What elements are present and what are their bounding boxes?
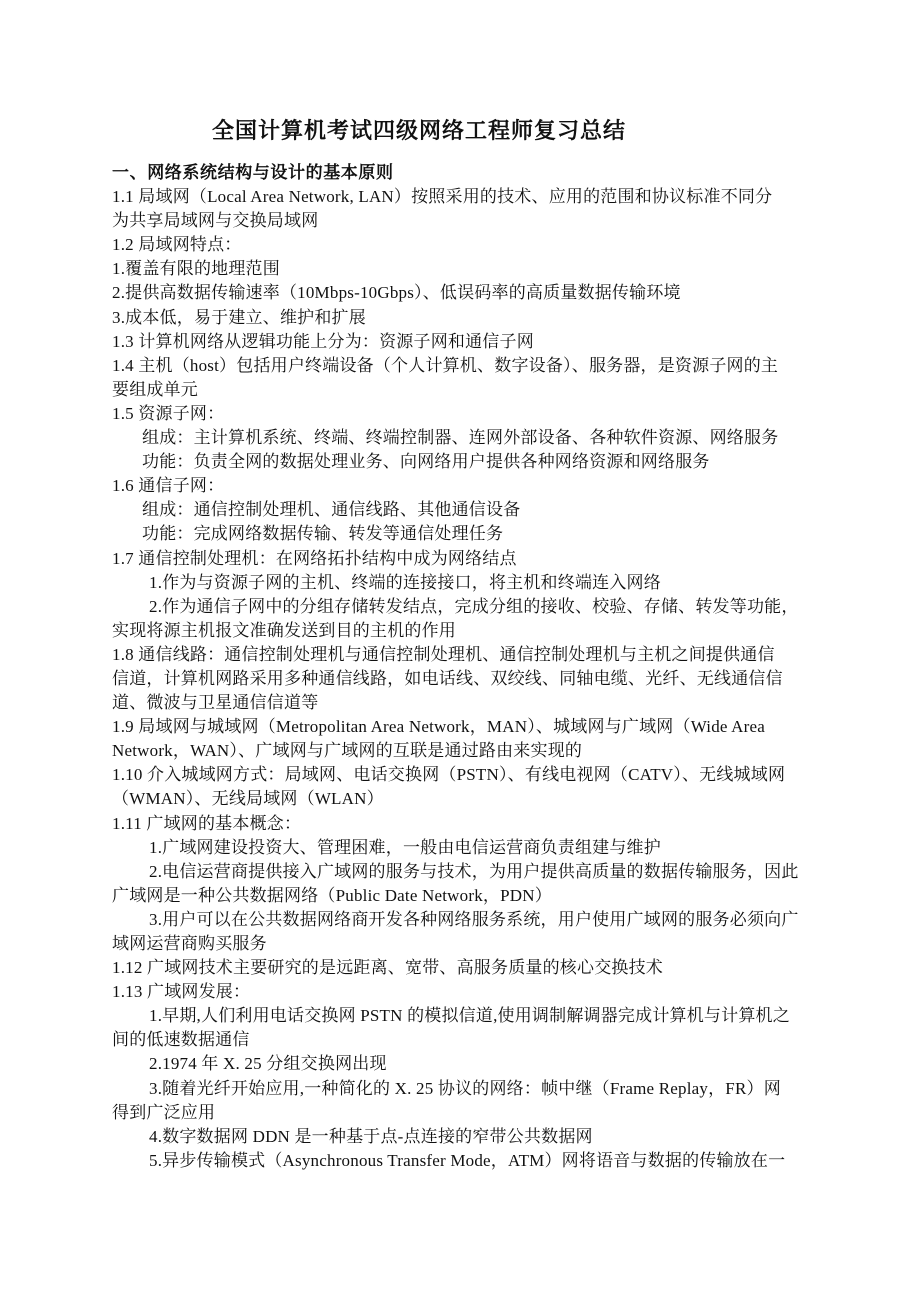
- doc-line: 3.用户可以在公共数据网络商开发各种网络服务系统，用户使用广域网的服务必须向广: [112, 908, 812, 932]
- document-title: 全国计算机考试四级网络工程师复习总结: [112, 114, 808, 145]
- doc-line: 域网运营商购买服务: [112, 932, 812, 956]
- doc-line: 3.成本低，易于建立、维护和扩展: [112, 306, 812, 330]
- document-page: 全国计算机考试四级网络工程师复习总结 一、网络系统结构与设计的基本原则1.1 局…: [0, 0, 920, 1302]
- doc-line: 1.3 计算机网络从逻辑功能上分为：资源子网和通信子网: [112, 330, 812, 354]
- doc-line: 1.广域网建设投资大、管理困难，一般由电信运营商负责组建与维护: [112, 836, 812, 860]
- doc-line: 1.覆盖有限的地理范围: [112, 257, 812, 281]
- doc-line: 间的低速数据通信: [112, 1028, 812, 1052]
- doc-line: 道、微波与卫星通信信道等: [112, 691, 812, 715]
- doc-line: 广域网是一种公共数据网络（Public Date Network，PDN）: [112, 884, 812, 908]
- doc-line: 3.随着光纤开始应用,一种简化的 X. 25 协议的网络：帧中继（Frame R…: [112, 1077, 812, 1101]
- doc-line: 1.7 通信控制处理机：在网络拓扑结构中成为网络结点: [112, 547, 812, 571]
- doc-line: 2.作为通信子网中的分组存储转发结点，完成分组的接收、校验、存储、转发等功能，: [112, 595, 812, 619]
- doc-line: 功能：负责全网的数据处理业务、向网络用户提供各种网络资源和网络服务: [112, 450, 812, 474]
- doc-line: 1.4 主机（host）包括用户终端设备（个人计算机、数字设备）、服务器，是资源…: [112, 354, 812, 378]
- doc-line: 1.6 通信子网：: [112, 474, 812, 498]
- doc-line: 得到广泛应用: [112, 1101, 812, 1125]
- doc-line: 信道，计算机网路采用多种通信线路，如电话线、双绞线、同轴电缆、光纤、无线通信信: [112, 667, 812, 691]
- doc-line: 1.1 局域网（Local Area Network, LAN）按照采用的技术、…: [112, 185, 812, 209]
- doc-line: 1.8 通信线路：通信控制处理机与通信控制处理机、通信控制处理机与主机之间提供通…: [112, 643, 812, 667]
- doc-line: （WMAN）、无线局域网（WLAN）: [112, 787, 812, 811]
- doc-line: 要组成单元: [112, 378, 812, 402]
- doc-line: 实现将源主机报文准确发送到目的主机的作用: [112, 619, 812, 643]
- doc-line: 1.10 介入城域网方式：局域网、电话交换网（PSTN）、有线电视网（CATV）…: [112, 763, 812, 787]
- doc-line: 2.1974 年 X. 25 分组交换网出现: [112, 1052, 812, 1076]
- doc-line: 功能：完成网络数据传输、转发等通信处理任务: [112, 522, 812, 546]
- doc-line: 5.异步传输模式（Asynchronous Transfer Mode，ATM）…: [112, 1149, 812, 1173]
- doc-line: 组成：通信控制处理机、通信线路、其他通信设备: [112, 498, 812, 522]
- doc-line: 为共享局域网与交换局域网: [112, 209, 812, 233]
- doc-line: 4.数字数据网 DDN 是一种基于点-点连接的窄带公共数据网: [112, 1125, 812, 1149]
- doc-line: 1.13 广域网发展：: [112, 980, 812, 1004]
- doc-line: 1.5 资源子网：: [112, 402, 812, 426]
- document-body: 一、网络系统结构与设计的基本原则1.1 局域网（Local Area Netwo…: [112, 161, 812, 1173]
- doc-line: 1.11 广域网的基本概念：: [112, 812, 812, 836]
- doc-line: 2.提供高数据传输速率（10Mbps-10Gbps）、低误码率的高质量数据传输环…: [112, 281, 812, 305]
- doc-line: 一、网络系统结构与设计的基本原则: [112, 161, 812, 185]
- doc-line: 1.12 广域网技术主要研究的是远距离、宽带、高服务质量的核心交换技术: [112, 956, 812, 980]
- doc-line: 1.9 局域网与城域网（Metropolitan Area Network，MA…: [112, 715, 812, 739]
- doc-line: 组成：主计算机系统、终端、终端控制器、连网外部设备、各种软件资源、网络服务: [112, 426, 812, 450]
- doc-line: 2.电信运营商提供接入广域网的服务与技术，为用户提供高质量的数据传输服务，因此: [112, 860, 812, 884]
- doc-line: Network，WAN）、广域网与广域网的互联是通过路由来实现的: [112, 739, 812, 763]
- doc-line: 1.作为与资源子网的主机、终端的连接接口，将主机和终端连入网络: [112, 571, 812, 595]
- doc-line: 1.2 局域网特点：: [112, 233, 812, 257]
- doc-line: 1.早期,人们利用电话交换网 PSTN 的模拟信道,使用调制解调器完成计算机与计…: [112, 1004, 812, 1028]
